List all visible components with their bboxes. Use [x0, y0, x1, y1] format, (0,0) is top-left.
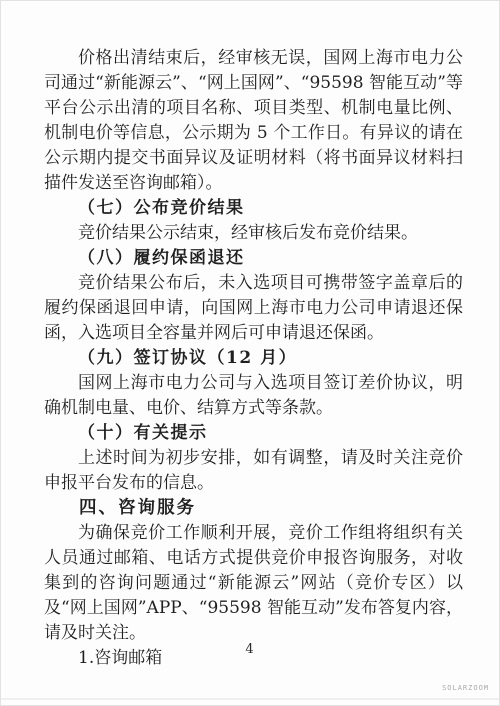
paragraph: 国网上海市电力公司与入选项目签订差价协议，明确机制电量、电价、结算方式等条款。 — [44, 371, 463, 421]
section-heading: （九）签订协议（12 月） — [44, 346, 463, 371]
paragraph: 上述时间为初步安排，如有调整，请及时关注竞价申报平台发布的信息。 — [44, 446, 463, 496]
section-heading: （十）有关提示 — [44, 421, 463, 446]
paragraph: 竞价结果公布后，未入选项目可携带签字盖章后的履约保函退回申请，向国网上海市电力公… — [44, 271, 463, 346]
section-heading: （七）公布竞价结果 — [44, 196, 463, 221]
document-body: 价格出清结束后，经审核无误，国网上海市电力公司通过“新能源云”、“网上国网”、“… — [44, 46, 463, 671]
document-page: 价格出清结束后，经审核无误，国网上海市电力公司通过“新能源云”、“网上国网”、“… — [0, 0, 500, 706]
paragraph: 竞价结果公示结束，经审核后发布竞价结果。 — [44, 221, 463, 246]
section-heading: 四、咨询服务 — [44, 496, 463, 521]
section-heading: （八）履约保函退还 — [44, 246, 463, 271]
paragraph: 为确保竞价工作顺利开展，竞价工作组将组织有关人员通过邮箱、电话方式提供竞价申报咨… — [44, 521, 463, 646]
scan-edge-line — [1, 698, 499, 700]
page-number: 4 — [1, 642, 499, 657]
watermark: SOLARZOOM — [442, 684, 489, 692]
paragraph: 价格出清结束后，经审核无误，国网上海市电力公司通过“新能源云”、“网上国网”、“… — [44, 46, 463, 196]
